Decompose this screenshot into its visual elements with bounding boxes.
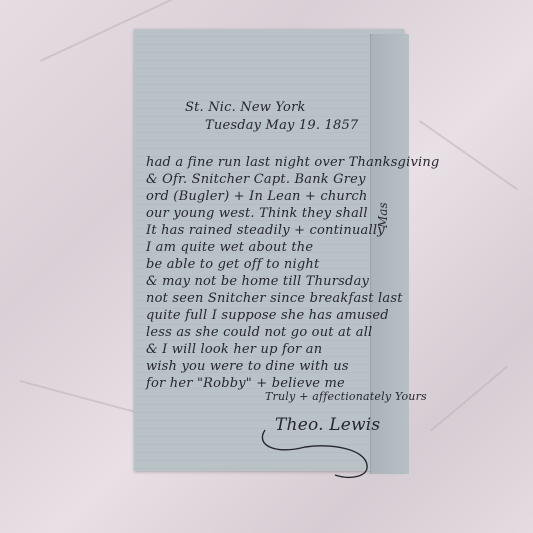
letter-line: our young west. Think they shall: [146, 206, 368, 221]
letter-line: & I will look her up for an: [146, 342, 322, 357]
letter-line: & may not be home till Thursday: [146, 274, 369, 289]
letter-line: wish you were to dine with us: [146, 359, 349, 374]
letter-line: I am quite wet about the: [146, 240, 313, 255]
marble-vein: [430, 366, 508, 432]
letter-line: be able to get off to night: [146, 257, 319, 272]
folded-edge: [370, 34, 409, 474]
letter-line: ord (Bugler) + In Lean + church: [146, 189, 367, 204]
letter-line: It has rained steadily + continually: [146, 223, 385, 238]
letter-closing: Truly + affectionately Yours: [265, 390, 427, 403]
letter-line: for her "Robby" + believe me: [146, 376, 345, 391]
letter-date: Tuesday May 19. 1857: [205, 118, 358, 133]
side-note: Mas: [376, 168, 398, 228]
letter-line: & Ofr. Snitcher Capt. Bank Grey: [146, 172, 366, 187]
letter-line: not seen Snitcher since breakfast last: [146, 291, 403, 306]
letter-line: less as she could not go out at all: [146, 325, 372, 340]
letter-line: quite full I suppose she has amused: [146, 308, 389, 323]
letter-line: had a fine run last night over Thanksgiv…: [146, 155, 439, 170]
signature-flourish-icon: [255, 425, 375, 485]
letter-place: St. Nic. New York: [185, 100, 306, 115]
